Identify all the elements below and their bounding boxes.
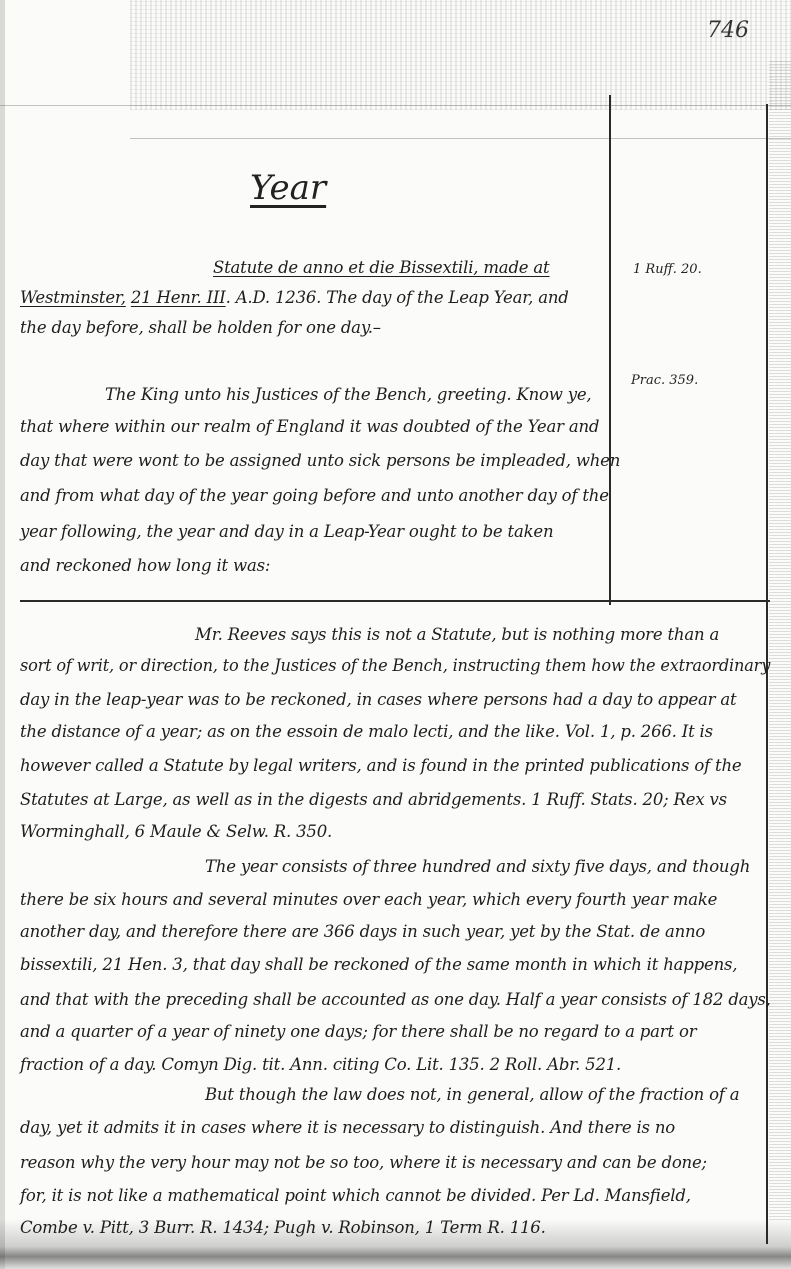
commentary-line: The year consists of three hundred and s… xyxy=(205,857,750,876)
page-title: Year xyxy=(250,168,326,208)
ruled-line xyxy=(130,138,791,139)
commentary-line: there be six hours and several minutes o… xyxy=(20,890,717,909)
commentary-line: the distance of a year; as on the essoin… xyxy=(20,722,713,741)
ruled-line xyxy=(0,105,791,106)
commentary-line: and that with the preceding shall be acc… xyxy=(20,990,771,1009)
commentary-line: bissextili, 21 Hen. 3, that day shall be… xyxy=(20,955,737,974)
scan-left-edge xyxy=(0,0,5,1269)
commentary-line: fraction of a day. Comyn Dig. tit. Ann. … xyxy=(20,1055,621,1074)
commentary-line: reason why the very hour may not be so t… xyxy=(20,1153,707,1172)
section-divider xyxy=(20,600,770,602)
scan-noise-top xyxy=(130,0,791,110)
commentary-line: But though the law does not, in general,… xyxy=(205,1085,739,1104)
commentary-line: Mr. Reeves says this is not a Statute, b… xyxy=(195,625,719,644)
commentary-line: day, yet it admits it in cases where it … xyxy=(20,1118,675,1137)
commentary-line: Statutes at Large, as well as in the dig… xyxy=(20,790,727,809)
margin-note-prac: Prac. 359. xyxy=(631,373,698,388)
commentary-line: and a quarter of a year of ninety one da… xyxy=(20,1022,696,1041)
statute-text-line: year following, the year and day in a Le… xyxy=(20,522,553,541)
statute-text-line: and from what day of the year going befo… xyxy=(20,486,609,505)
statute-heading-line-3: the day before, shall be holden for one … xyxy=(20,318,381,337)
scan-noise-right xyxy=(769,60,791,1220)
commentary-line: Worminghall, 6 Maule & Selw. R. 350. xyxy=(20,822,332,841)
commentary-line: for, it is not like a mathematical point… xyxy=(20,1186,691,1205)
manuscript-page: 746 Year 1 Ruff. 20. Prac. 359. Statute … xyxy=(0,0,791,1269)
commentary-line: however called a Statute by legal writer… xyxy=(20,756,741,775)
commentary-line: Combe v. Pitt, 3 Burr. R. 1434; Pugh v. … xyxy=(20,1218,546,1237)
margin-column-left-border xyxy=(609,95,611,605)
statute-heading-line-2: Westminster, 21 Henr. III. A.D. 1236. Th… xyxy=(20,288,569,307)
commentary-line: sort of writ, or direction, to the Justi… xyxy=(20,656,770,675)
page-number: 746 xyxy=(707,18,749,43)
commentary-line: day in the leap-year was to be reckoned,… xyxy=(20,690,736,709)
statute-text-line: day that were wont to be assigned unto s… xyxy=(20,451,620,470)
statute-text-line: and reckoned how long it was: xyxy=(20,556,270,575)
commentary-line: another day, and therefore there are 366… xyxy=(20,922,705,941)
margin-note-ruff: 1 Ruff. 20. xyxy=(633,262,702,277)
statute-text-line: The King unto his Justices of the Bench,… xyxy=(105,385,591,404)
statute-text-line: that where within our realm of England i… xyxy=(20,417,599,436)
statute-heading-line-1: Statute de anno et die Bissextili, made … xyxy=(213,258,549,277)
